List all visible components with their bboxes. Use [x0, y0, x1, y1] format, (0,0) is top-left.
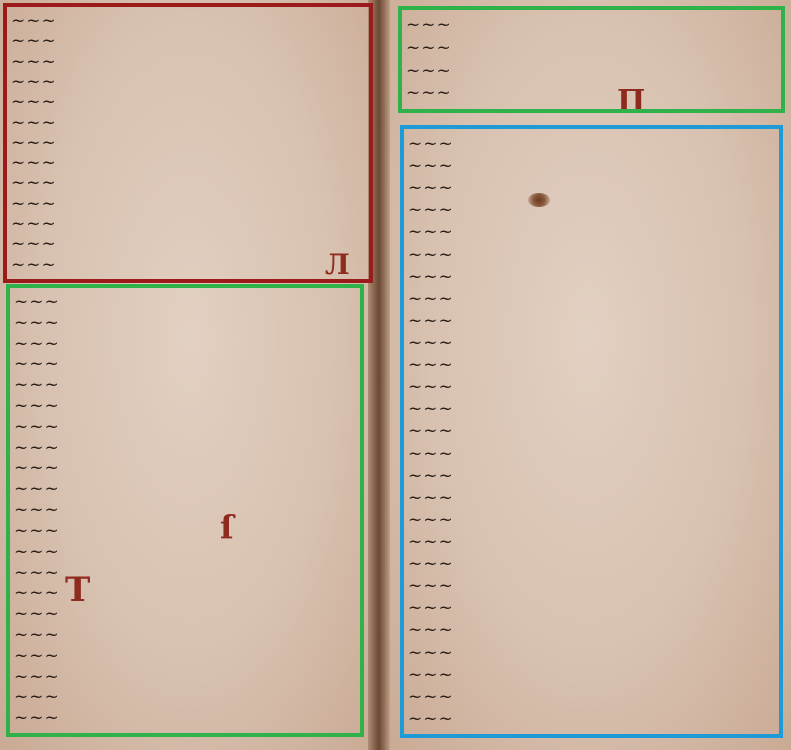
text-line: ~~~ — [408, 398, 775, 420]
text-line: ~~~ — [408, 619, 775, 641]
text-line: ~~~ — [11, 11, 365, 31]
rubric-initial: П — [617, 84, 645, 119]
text-line: ~~~ — [11, 234, 365, 254]
ink-stain — [528, 193, 550, 207]
rubric-initial: ſ — [220, 508, 234, 546]
text-line: ~~~ — [406, 37, 777, 60]
text-line: ~~~ — [408, 553, 775, 575]
text-line: ~~~ — [11, 173, 365, 193]
text-line: ~~~ — [11, 214, 365, 234]
text-line: ~~~ — [406, 82, 777, 105]
text-line: ~~~ — [408, 354, 775, 376]
manuscript-spread: ~~~~~~~~~~~~~~~~~~~~~~~~~~~~~~~~~~~~~~~~… — [0, 0, 791, 750]
text-line: ~~~ — [408, 266, 775, 288]
rubric-initial: Т — [65, 570, 90, 610]
text-line: ~~~ — [406, 14, 777, 37]
text-line: ~~~ — [14, 334, 356, 355]
text-line: ~~~ — [408, 531, 775, 553]
binding-gutter — [368, 0, 390, 750]
text-line: ~~~ — [11, 92, 365, 112]
text-line: ~~~ — [408, 221, 775, 243]
text-line: ~~~ — [14, 313, 356, 334]
text-line: ~~~ — [14, 667, 356, 688]
text-line: ~~~ — [408, 133, 775, 155]
text-line: ~~~ — [14, 396, 356, 417]
text-line: ~~~ — [408, 708, 775, 730]
text-line: ~~~ — [14, 646, 356, 667]
text-line: ~~~ — [14, 458, 356, 479]
text-line: ~~~ — [408, 244, 775, 266]
text-line: ~~~ — [408, 420, 775, 442]
text-line: ~~~ — [408, 575, 775, 597]
text-block-region-1: ~~~~~~~~~~~~~~~~~~~~~~~~~~~~~~~~~~~~~~~ — [11, 11, 365, 275]
text-line: ~~~ — [11, 153, 365, 173]
text-line: ~~~ — [408, 465, 775, 487]
text-line: ~~~ — [408, 376, 775, 398]
text-line: ~~~ — [14, 625, 356, 646]
text-block-region-4: ~~~~~~~~~~~~~~~~~~~~~~~~~~~~~~~~~~~~~~~~… — [408, 133, 775, 730]
text-line: ~~~ — [408, 664, 775, 686]
text-line: ~~~ — [14, 292, 356, 313]
text-line: ~~~ — [14, 375, 356, 396]
text-line: ~~~ — [11, 255, 365, 275]
text-line: ~~~ — [11, 133, 365, 153]
text-line: ~~~ — [11, 72, 365, 92]
text-line: ~~~ — [14, 479, 356, 500]
text-block-region-3: ~~~~~~~~~~~~ — [406, 14, 777, 105]
text-line: ~~~ — [408, 487, 775, 509]
rubric-initial: Л — [325, 248, 350, 281]
text-line: ~~~ — [408, 177, 775, 199]
text-line: ~~~ — [408, 642, 775, 664]
text-line: ~~~ — [11, 194, 365, 214]
text-line: ~~~ — [14, 708, 356, 729]
text-line: ~~~ — [14, 354, 356, 375]
text-line: ~~~ — [408, 443, 775, 465]
text-line: ~~~ — [408, 288, 775, 310]
text-line: ~~~ — [14, 542, 356, 563]
text-block-region-2: ~~~~~~~~~~~~~~~~~~~~~~~~~~~~~~~~~~~~~~~~… — [14, 292, 356, 729]
text-line: ~~~ — [408, 597, 775, 619]
text-line: ~~~ — [14, 500, 356, 521]
text-line: ~~~ — [408, 509, 775, 531]
text-line: ~~~ — [406, 60, 777, 83]
text-line: ~~~ — [14, 417, 356, 438]
text-line: ~~~ — [14, 521, 356, 542]
text-line: ~~~ — [408, 686, 775, 708]
text-line: ~~~ — [408, 155, 775, 177]
text-line: ~~~ — [14, 438, 356, 459]
text-line: ~~~ — [408, 332, 775, 354]
text-line: ~~~ — [11, 113, 365, 133]
text-line: ~~~ — [408, 310, 775, 332]
text-line: ~~~ — [14, 687, 356, 708]
text-line: ~~~ — [408, 199, 775, 221]
text-line: ~~~ — [11, 31, 365, 51]
text-line: ~~~ — [11, 52, 365, 72]
